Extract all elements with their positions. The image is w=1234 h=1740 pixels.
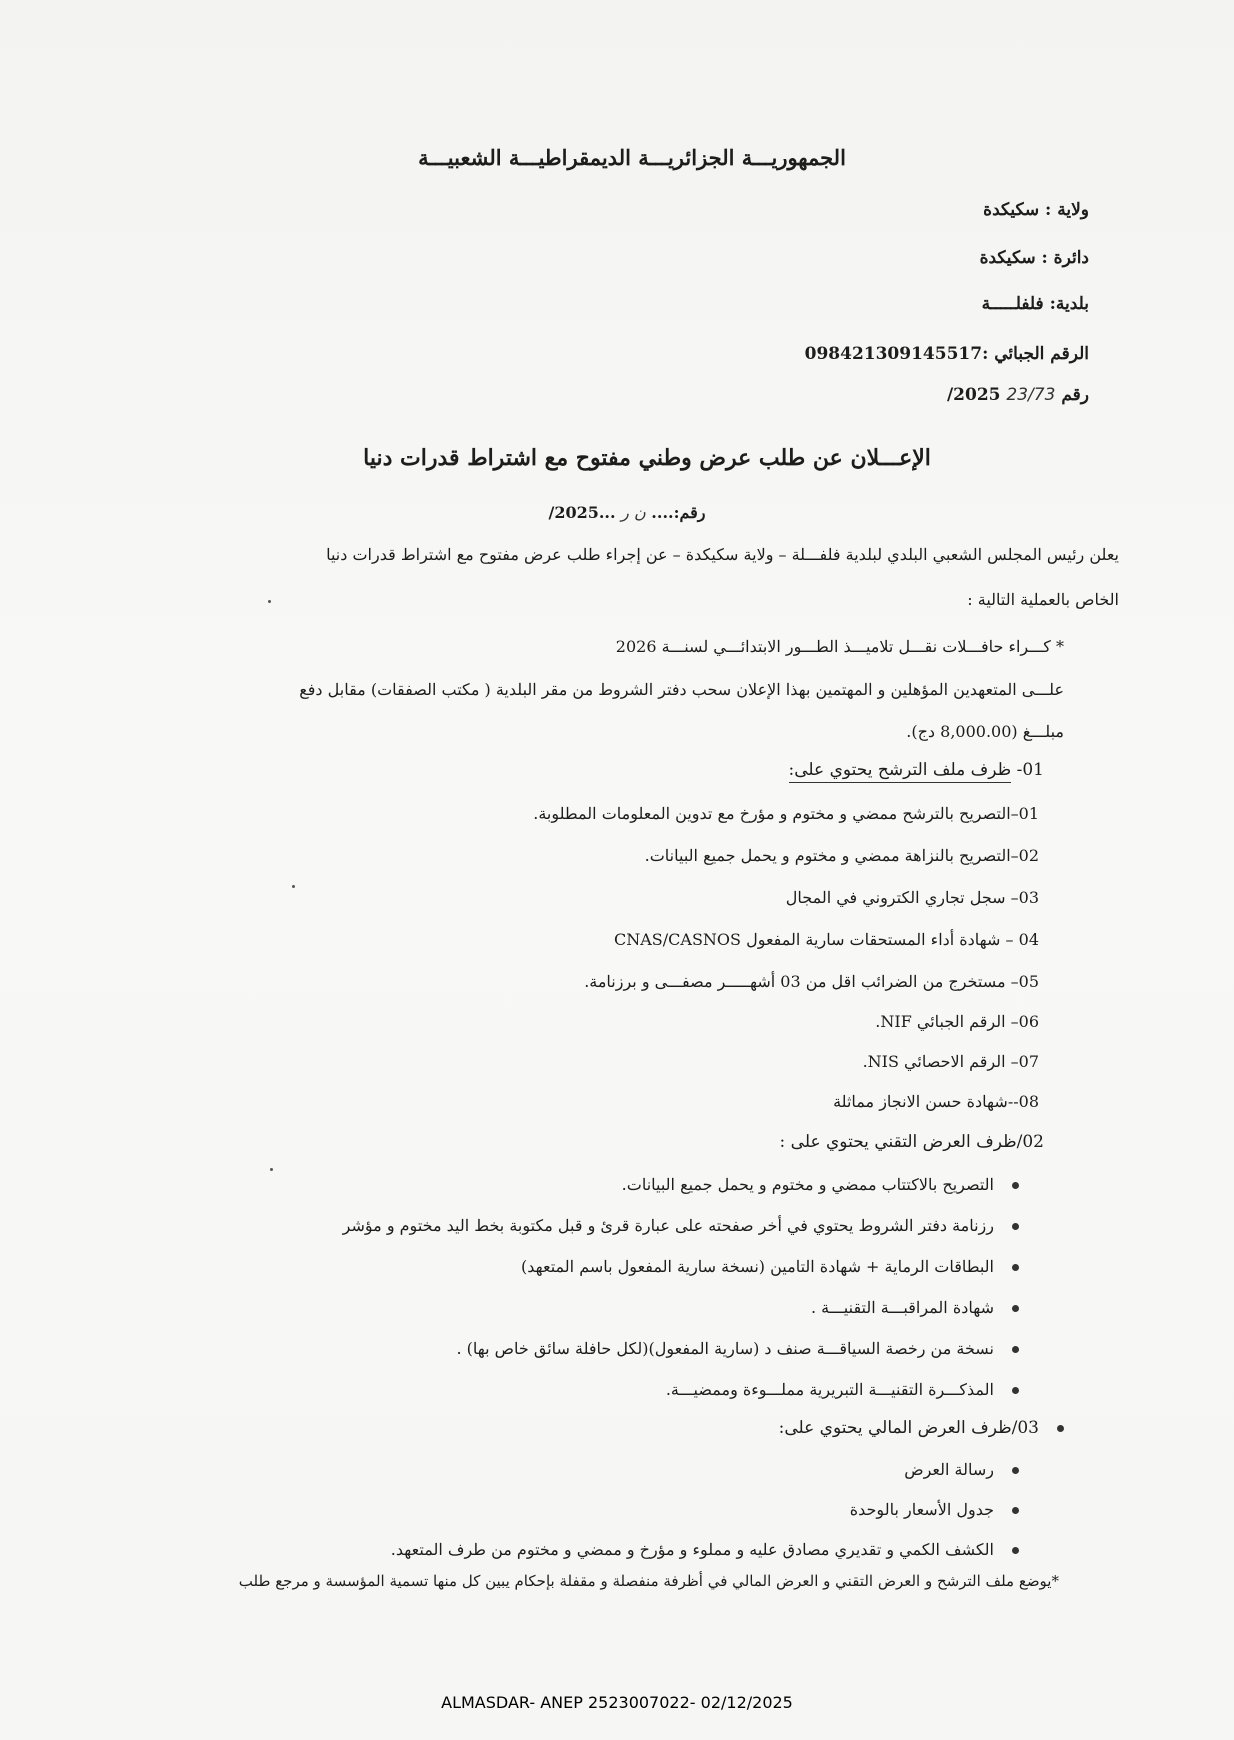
- section1-item: 05– مستخرج من الضرائب اقل من 03 أشهـــــ…: [584, 972, 1039, 991]
- section3-bullet-item: جدول الأسعار بالوحدة: [850, 1500, 1019, 1519]
- ref-label: رقم:....: [651, 503, 705, 522]
- source-footer: ALMASDAR- ANEP 2523007022- 02/12/2025: [0, 1693, 1234, 1712]
- tax-id-line: الرقم الجبائي :098421309145517: [805, 344, 1089, 364]
- section1-title: ظرف ملف الترشح يحتوي على:: [789, 760, 1012, 783]
- bullet-icon: [1057, 1425, 1064, 1432]
- ref-handwritten: ن ر: [621, 503, 646, 522]
- section1-heading: 01- ظرف ملف الترشح يحتوي على:: [789, 760, 1045, 780]
- ref-year: ...2025/: [548, 503, 615, 522]
- daira-line: دائرة : سكيكدة: [980, 248, 1089, 268]
- bullet-icon: [1012, 1305, 1019, 1312]
- section1-item: 04 – شهادة أداء المستحقات سارية المفعول …: [614, 930, 1039, 949]
- section2-bullet-item: رزنامة دفتر الشروط يحتوي في أخر صفحته عل…: [343, 1216, 1019, 1235]
- bullet-icon: [1012, 1223, 1019, 1230]
- bullet-icon: [1012, 1346, 1019, 1353]
- withdraw-paragraph-line2: مبلـــغ (8,000.00 دج).: [906, 722, 1064, 741]
- section2-bullet-item: شهادة المراقبـــة التقنيـــة .: [811, 1298, 1019, 1317]
- section1-item: 08--شهادة حسن الانجاز مماثلة: [833, 1092, 1039, 1111]
- section2-heading: 02/ظرف العرض التقني يحتوي على :: [780, 1132, 1044, 1152]
- section1-item: 01–التصريح بالترشح ممضي و مختوم و مؤرخ م…: [533, 804, 1039, 823]
- bullet-icon: [1012, 1182, 1019, 1189]
- handwritten-number: 23/73: [1006, 385, 1055, 405]
- bullet-icon: [1012, 1547, 1019, 1554]
- bullet-icon: [1012, 1467, 1019, 1474]
- bullet-icon: [1012, 1507, 1019, 1514]
- operation-line: * كـــراء حافـــلات نقـــل تلاميـــذ الط…: [616, 637, 1064, 656]
- document-number-line: رقم 23/73 2025/: [947, 385, 1089, 405]
- section2-bullet-item: المذكـــرة التقنيـــة التبريرية مملـــوء…: [666, 1380, 1019, 1399]
- wilaya-line: ولاية : سكيكدة: [983, 200, 1089, 220]
- scan-speck: [268, 600, 271, 603]
- number-label: رقم: [1061, 385, 1089, 405]
- section3-bullet-item: الكشف الكمي و تقديري مصادق عليه و مملوء …: [391, 1540, 1019, 1559]
- section2-bullet-item: نسخة من رخصة السياقـــة صنف د (سارية الم…: [456, 1339, 1019, 1358]
- republic-heading: الجمهوريـــة الجزائريـــة الديمقراطيـــة…: [0, 145, 1234, 170]
- section1-item: 06– الرقم الجبائي NIF.: [875, 1012, 1039, 1031]
- announcement-title: الإعـــلان عن طلب عرض وطني مفتوح مع اشتر…: [0, 445, 1234, 471]
- announcement-reference: رقم:.... ن ر ...2025/: [0, 503, 1234, 522]
- section2-bullet-item: التصريح بالاكتتاب ممضي و مختوم و يحمل جم…: [622, 1175, 1019, 1194]
- scanned-document-page: الجمهوريـــة الجزائريـــة الديمقراطيـــة…: [0, 0, 1234, 1740]
- footnote: *يوضع ملف الترشح و العرض التقني و العرض …: [239, 1572, 1059, 1590]
- scan-speck: [270, 1168, 273, 1171]
- section3-bullet-item: رسالة العرض: [904, 1460, 1019, 1479]
- section1-item: 07– الرقم الاحصائي NIS.: [863, 1052, 1039, 1071]
- number-year: 2025/: [947, 385, 1001, 405]
- section1-item: 03– سجل تجاري الكتروني في المجال: [786, 888, 1039, 907]
- baladia-line: بلدية: فلفلـــــة: [982, 294, 1089, 314]
- bullet-icon: [1012, 1264, 1019, 1271]
- section1-item: 02–التصريح بالنزاهة ممضي و مختوم و يحمل …: [645, 846, 1039, 865]
- scan-speck: [292, 885, 295, 888]
- withdraw-paragraph-line1: علـــى المتعهدين المؤهلين و المهتمين بهذ…: [299, 680, 1064, 699]
- section2-bullet-item: البطاقات الرماية + شهادة التامين (نسخة س…: [521, 1257, 1019, 1276]
- bullet-icon: [1012, 1387, 1019, 1394]
- intro-paragraph-line1: يعلن رئيس المجلس الشعبي البلدي لبلدية فل…: [326, 545, 1119, 564]
- section3-heading: 03/ظرف العرض المالي يحتوي على:: [779, 1418, 1064, 1438]
- intro-paragraph-line2: الخاص بالعملية التالية :: [967, 590, 1119, 609]
- section1-number: 01-: [1011, 760, 1044, 780]
